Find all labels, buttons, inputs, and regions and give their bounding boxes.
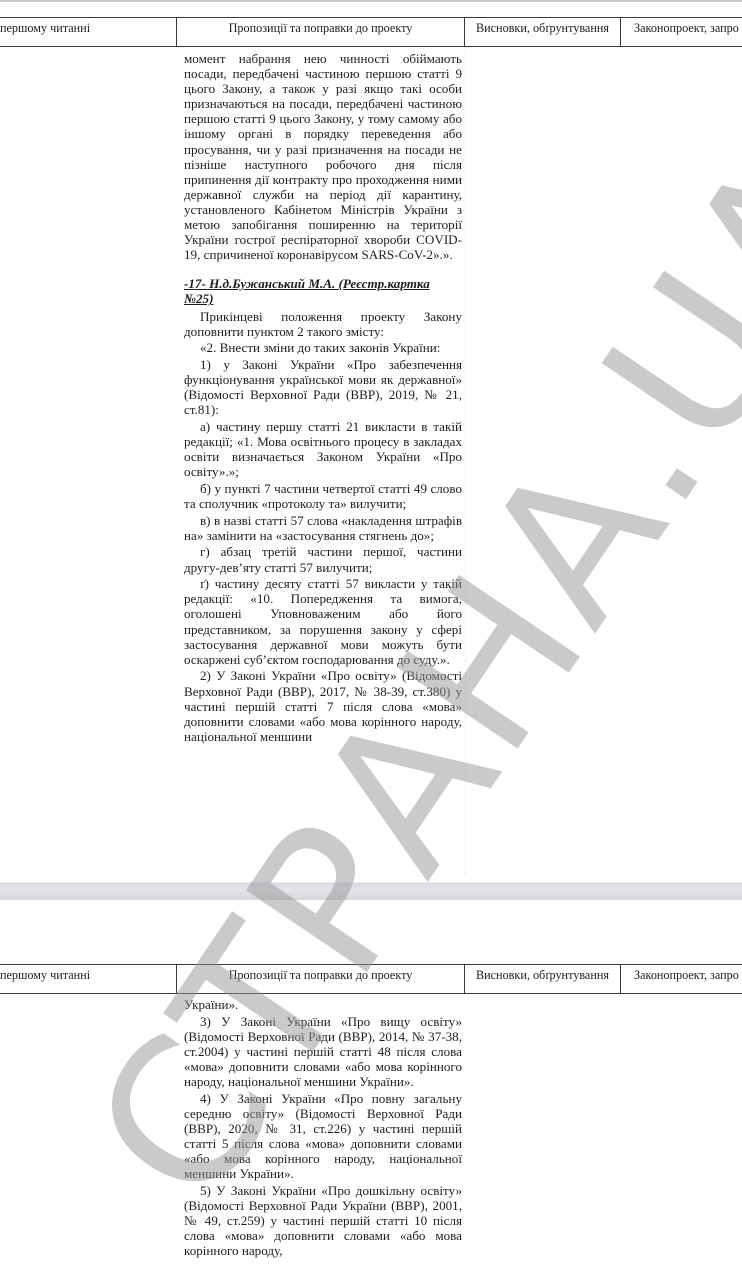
- paragraph: в) в назві статті 57 слова «накладення ш…: [184, 513, 462, 543]
- paragraph: 5) У Законі України «Про дошкільну освіт…: [184, 1183, 462, 1258]
- paragraph: 1) у Законі України «Про забезпечення фу…: [184, 357, 462, 417]
- proposals-column-text: України».3) У Законі України «Про вищу о…: [184, 997, 462, 1260]
- paragraph: «2. Внести зміни до таких законів Україн…: [184, 340, 462, 355]
- header-first-reading: першому читанні: [0, 18, 176, 46]
- table-header-row: першому читанні Пропозиції та поправки д…: [0, 964, 742, 994]
- table-header-row: першому читанні Пропозиції та поправки д…: [0, 17, 742, 47]
- header-conclusions: Висновки, обґрунтування: [464, 965, 620, 993]
- header-bill-proposed: Законопроект, запро: [620, 18, 742, 46]
- paragraph: 3) У Законі України «Про вищу освіту» (В…: [184, 1014, 462, 1089]
- paragraph: б) у пункті 7 частини четвертої статті 4…: [184, 481, 462, 511]
- paragraph: 2) У Законі України «Про освіту» (Відомо…: [184, 668, 462, 743]
- paragraph: г) абзац третій частини першої, частини …: [184, 544, 462, 574]
- document-page-1: першому читанні Пропозиції та поправки д…: [0, 2, 742, 882]
- amendment-reference: -17- Н.д.Бужанський М.А. (Реєстр.картка …: [184, 276, 462, 306]
- paragraph: момент набрання нею чинності обіймають п…: [184, 51, 462, 262]
- proposals-column-text: момент набрання нею чинності обіймають п…: [184, 51, 462, 745]
- paragraph: 4) У Законі України «Про повну загальну …: [184, 1091, 462, 1182]
- header-proposals: Пропозиції та поправки до проекту: [176, 18, 464, 46]
- header-proposals: Пропозиції та поправки до проекту: [176, 965, 464, 993]
- header-first-reading: першому читанні: [0, 965, 176, 993]
- page-break: [0, 882, 742, 901]
- header-conclusions: Висновки, обґрунтування: [464, 18, 620, 46]
- paragraph: Прикінцеві положення проекту Закону допо…: [184, 309, 462, 339]
- column-divider: [465, 47, 466, 877]
- document-page-2: першому читанні Пропозиції та поправки д…: [0, 900, 742, 1280]
- paragraph: ґ) частину десяту статті 57 викласти у т…: [184, 576, 462, 667]
- header-bill-proposed: Законопроект, запро: [620, 965, 742, 993]
- paragraph: а) частину першу статті 21 викласти в та…: [184, 419, 462, 479]
- paragraph: України».: [184, 997, 462, 1012]
